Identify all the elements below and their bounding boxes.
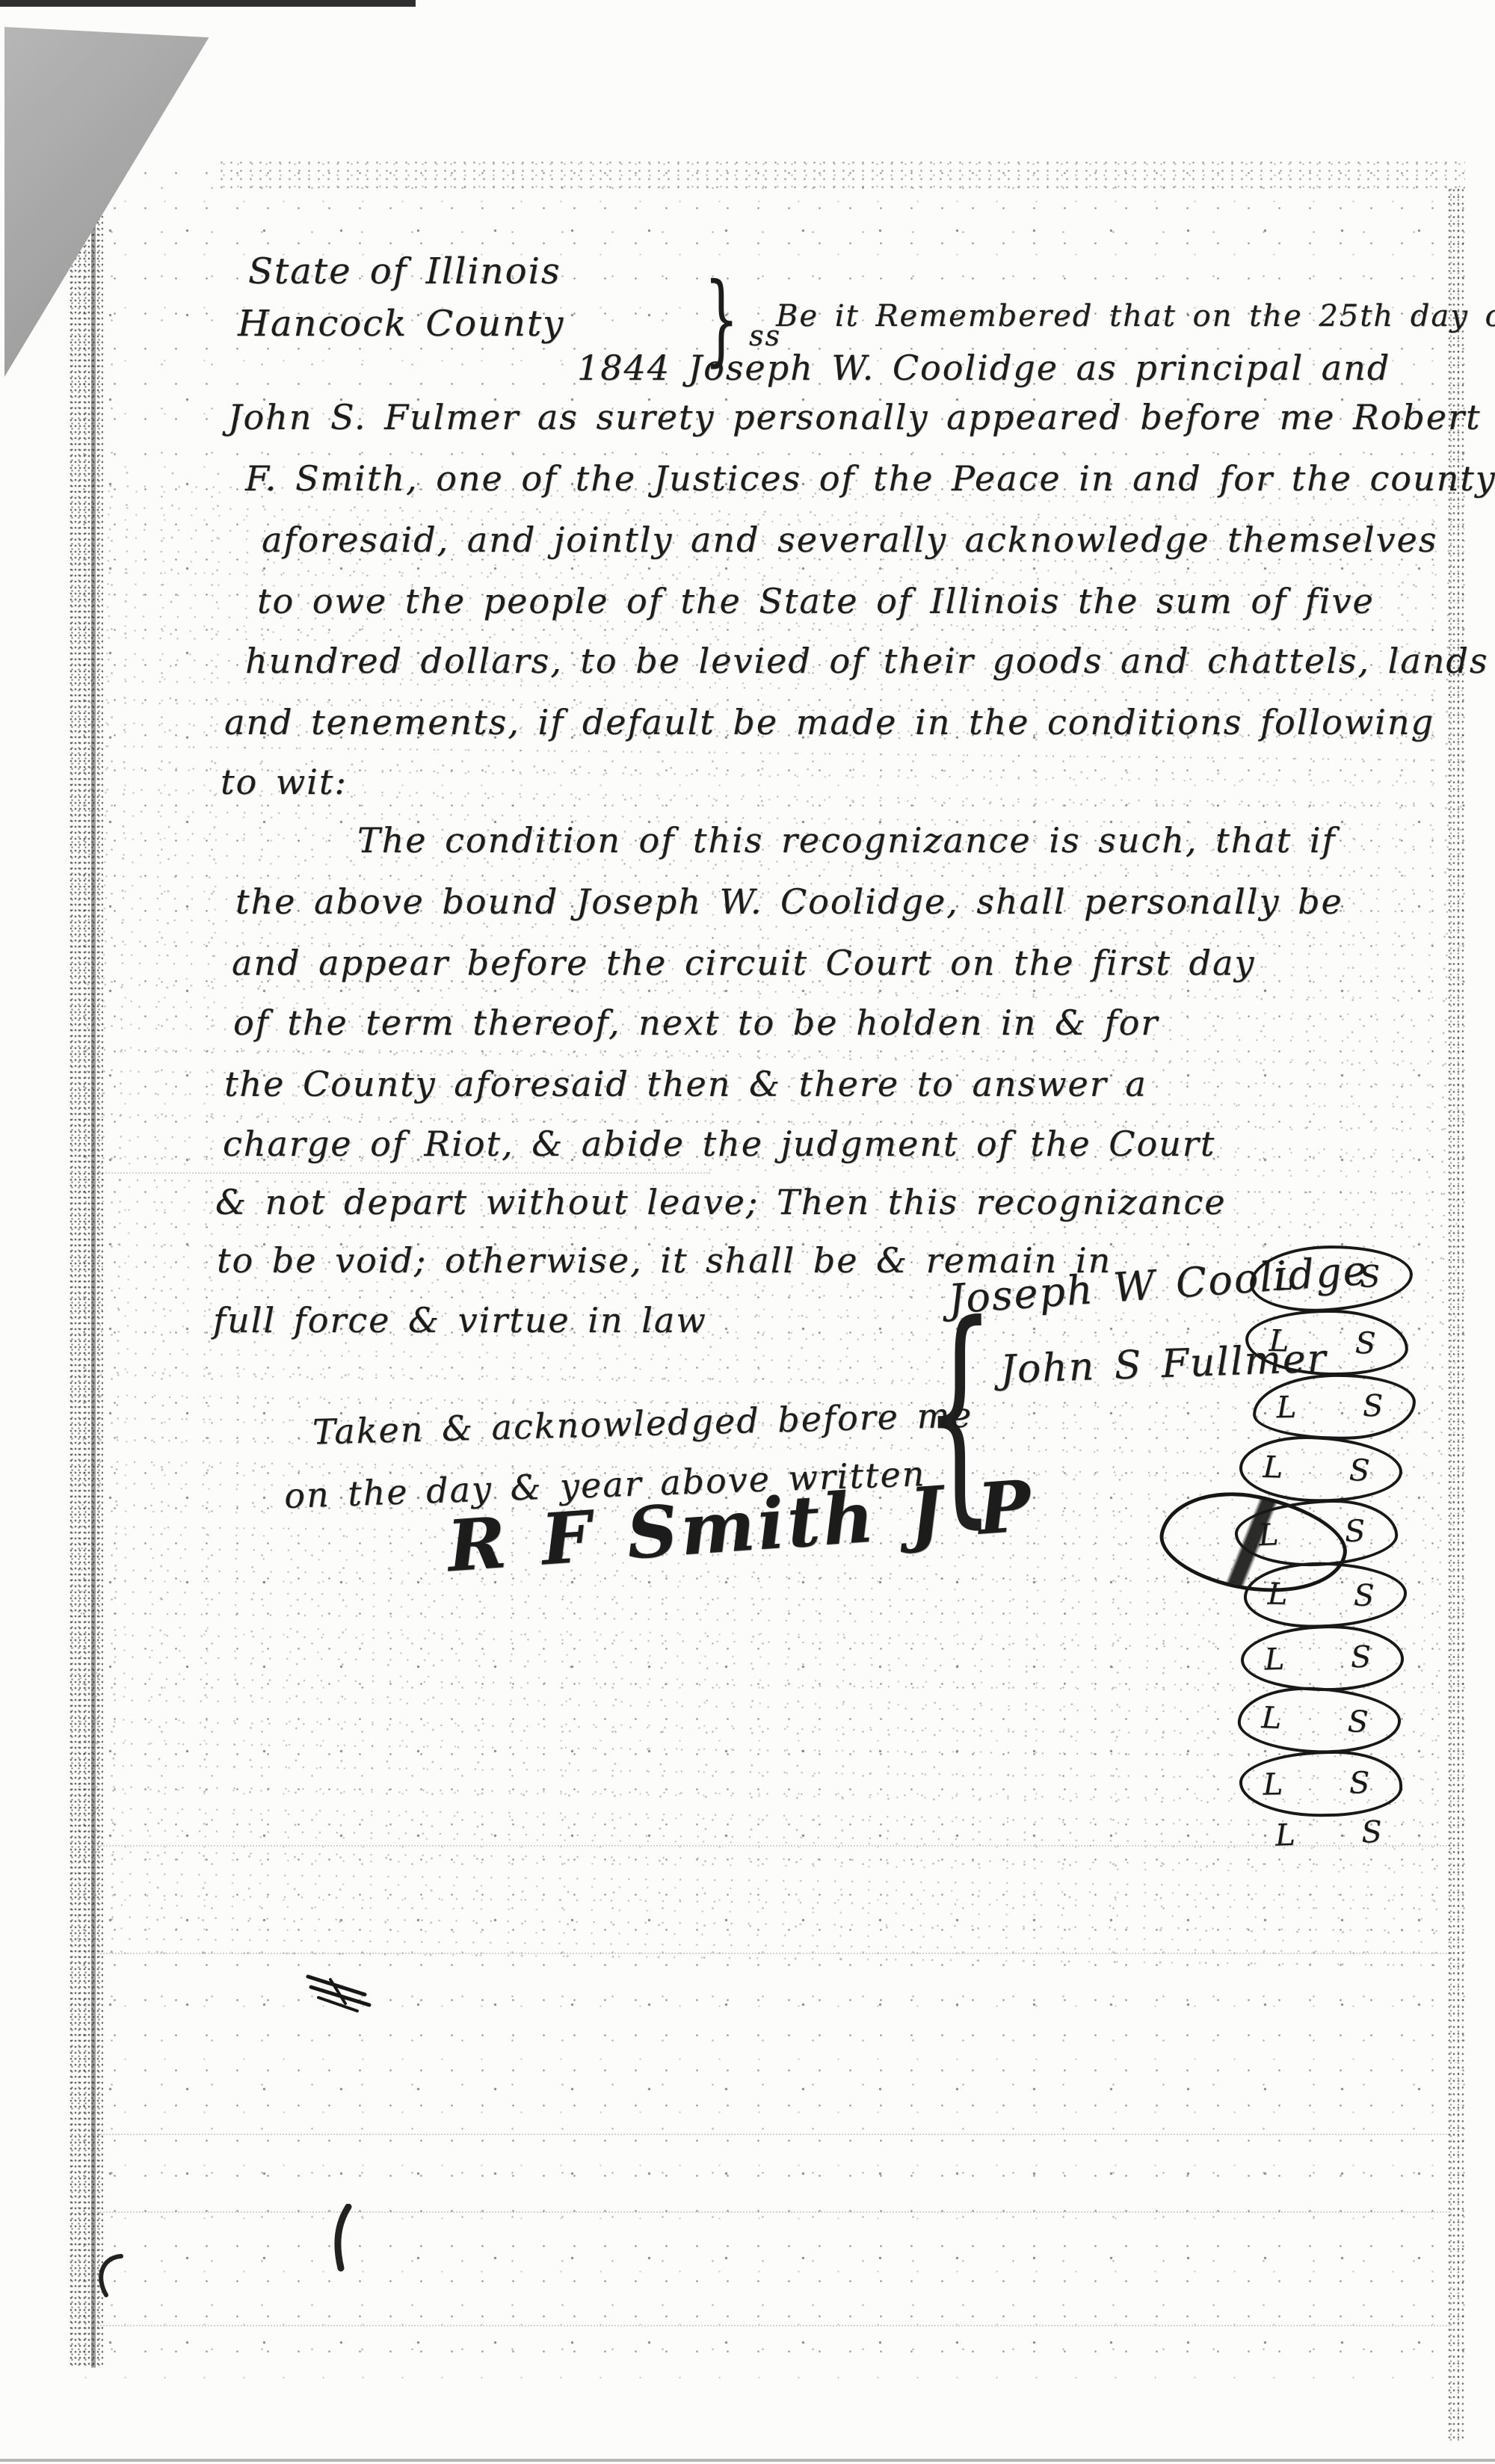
ink-scribble-mark bbox=[305, 1968, 380, 2017]
body-line: The condition of this recognizance is su… bbox=[357, 821, 1336, 860]
scan-noise-top-band bbox=[217, 158, 1465, 193]
header-state-line: State of Illinois bbox=[248, 251, 561, 292]
page-left-edge-shadow bbox=[69, 196, 103, 2368]
body-line: and appear before the circuit Court on t… bbox=[232, 943, 1255, 983]
seal-label: L S bbox=[1276, 1389, 1392, 1426]
ink-c-mark bbox=[88, 2247, 127, 2304]
faint-rule-line bbox=[97, 1845, 1450, 1847]
body-line: & not depart without leave; Then this re… bbox=[215, 1183, 1227, 1222]
header-county-line: Hancock County bbox=[238, 304, 564, 345]
body-line: charge of Riot, & abide the judgment of … bbox=[223, 1124, 1215, 1164]
body-line: of the term thereof, next to be holden i… bbox=[233, 1003, 1159, 1043]
body-line: F. Smith, one of the Justices of the Pea… bbox=[245, 459, 1495, 499]
seal-label: L S bbox=[1273, 1259, 1390, 1297]
page-right-edge-shadow bbox=[1447, 187, 1464, 2441]
scan-bottom-edge bbox=[0, 2459, 1495, 2462]
scan-top-edge bbox=[0, 0, 416, 7]
seal-label: L S bbox=[1261, 1701, 1378, 1740]
seal-initials-bare: L S bbox=[1274, 1814, 1391, 1852]
ink-comma-mark bbox=[330, 2204, 354, 2276]
seal-label: L S bbox=[1263, 1766, 1378, 1802]
faint-rule-line bbox=[97, 1953, 1450, 1954]
body-line: John S. Fulmer as surety personally appe… bbox=[228, 398, 1481, 437]
faint-rule-line bbox=[97, 2325, 1450, 2326]
body-line: aforesaid, and jointly and severally ack… bbox=[262, 520, 1437, 560]
body-line: to owe the people of the State of Illino… bbox=[257, 582, 1375, 621]
seal-label: L S bbox=[1274, 1814, 1391, 1852]
seal-label: L S bbox=[1258, 1514, 1375, 1553]
seal-label: L S bbox=[1267, 1577, 1383, 1614]
body-line: Be it Remembered that on the 25th day of… bbox=[776, 299, 1495, 333]
body-line: the County aforesaid then & there to ans… bbox=[224, 1065, 1147, 1104]
body-line: the above bound Joseph W. Coolidge, shal… bbox=[235, 882, 1343, 922]
body-line: 1844 Joseph W. Coolidge as principal and bbox=[577, 348, 1390, 388]
seal-label: L S bbox=[1269, 1324, 1385, 1361]
faint-rule-line bbox=[97, 1172, 710, 1174]
body-line: and tenements, if default be made in the… bbox=[224, 703, 1434, 742]
faint-rule-line bbox=[97, 2211, 1450, 2213]
body-line: full force & virtue in law bbox=[213, 1301, 707, 1340]
seal-label: L S bbox=[1264, 1639, 1381, 1677]
faint-rule-line bbox=[97, 2134, 1450, 2135]
body-line: to wit: bbox=[221, 763, 348, 802]
scanned-document-page: State of Illinois Hancock County } ss Be… bbox=[0, 0, 1495, 2464]
seal-label: L S bbox=[1263, 1450, 1379, 1488]
body-line: hundred dollars, to be levied of their g… bbox=[245, 641, 1488, 681]
